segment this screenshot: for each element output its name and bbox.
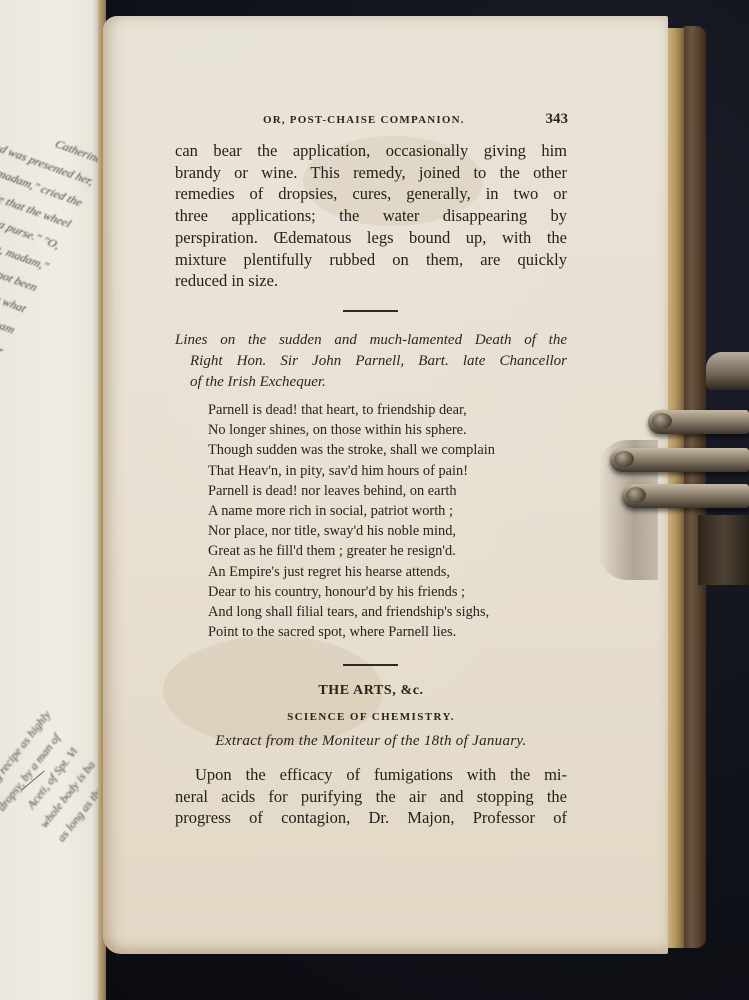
clip-finger [622, 484, 749, 508]
running-head-title: OR, POST-CHAISE COMPANION. [263, 114, 465, 126]
text-line: reduced in size. [175, 270, 567, 292]
left-page-lower-text: the following recipe as highly dropsy, b… [0, 715, 102, 885]
text-line: mixture plentifully rubbed on them, are … [175, 249, 567, 271]
poem-title-line: Right Hon. Sir John Parnell, Bart. late … [175, 351, 567, 372]
verse-line: Point to the sacred spot, where Parnell … [208, 622, 568, 642]
verse-line: An Empire's just regret his hearse atten… [208, 562, 568, 582]
text-line: neral acids for purifying the air and st… [175, 786, 567, 808]
text-line: progress of contagion, Dr. Majon, Profes… [175, 807, 567, 829]
clip-top-cap [706, 352, 749, 390]
section-divider [343, 664, 398, 666]
poem-title-line: of the Irish Exchequer. [175, 372, 567, 393]
opening-paragraph: can bear the application, occasionally g… [175, 140, 567, 292]
text-line: can bear the application, occasionally g… [175, 140, 567, 162]
extract-line: Extract from the Moniteur of the 18th of… [175, 733, 567, 750]
section-divider [343, 310, 398, 312]
text-line: remedies of dropsies, cures, generally, … [175, 183, 567, 205]
verse-line: Dear to his country, honour'd by his fri… [208, 582, 568, 602]
poem-title: Lines on the sudden and much-lamented De… [175, 330, 567, 393]
left-facing-page: Catherine, and was presented her, my wor… [0, 0, 102, 1000]
verse-line: Though sudden was the stroke, shall we c… [208, 440, 568, 460]
verse-line: Nor place, nor title, sway'd his noble m… [208, 521, 568, 541]
text-line: Upon the efficacy of fumigations with th… [175, 764, 567, 786]
closing-paragraph: Upon the efficacy of fumigations with th… [175, 764, 567, 829]
verse-line: And long shall filial tears, and friends… [208, 602, 568, 622]
verse-line: That Heav'n, in pity, sav'd him hours of… [208, 461, 568, 481]
verse-line: No longer shines, on those within his sp… [208, 420, 568, 440]
poem-verses: Parnell is dead! that heart, to friendsh… [208, 400, 568, 642]
verse-line: Parnell is dead! that heart, to friendsh… [208, 400, 568, 420]
verse-line: Great as he fill'd them ; greater he res… [208, 541, 568, 561]
clip-finger [610, 448, 749, 472]
clip-finger [648, 410, 749, 434]
subsection-heading: SCIENCE OF CHEMISTRY. [175, 711, 567, 723]
clip-stem [698, 515, 749, 585]
text-line: brandy or wine. This remedy, joined to t… [175, 162, 567, 184]
page-number: 343 [546, 111, 569, 128]
running-head: OR, POST-CHAISE COMPANION. 343 [263, 111, 568, 128]
verse-line: A name more rich in social, patriot wort… [208, 501, 568, 521]
section-heading: THE ARTS, &c. [175, 683, 567, 699]
poem-title-line: Lines on the sudden and much-lamented De… [175, 330, 567, 351]
left-page-upper-text: Catherine, and was presented her, my wor… [0, 98, 102, 531]
text-line: perspiration. Œdematous legs bound up, w… [175, 227, 567, 249]
text-line: three applications; the water disappeari… [175, 205, 567, 227]
metal-page-clip [598, 350, 749, 580]
verse-line: Parnell is dead! nor leaves behind, on e… [208, 481, 568, 501]
